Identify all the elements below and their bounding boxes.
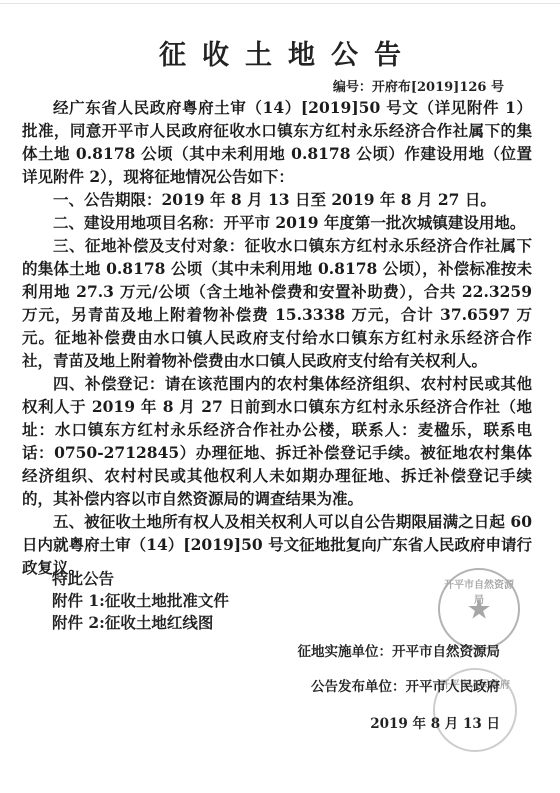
section-1-notice-period: 一、公告期限：2019 年 8 月 13 日至 2019 年 8 月 27 日。 — [22, 188, 532, 211]
section-3-compensation: 三、征地补偿及支付对象：征收水口镇东方红村永乐经济合作社属下的集体土地 0.81… — [22, 234, 532, 372]
document-body: 经广东省人民政府粤府土审（14）[2019]50 号文（详见附件 1）批准，同意… — [22, 96, 532, 579]
page-top-edge — [0, 3, 560, 4]
publish-date: 2019 年 8 月 13 日 — [370, 712, 500, 732]
section-2-project-name: 二、建设用地项目名称：开平市 2019 年度第一批次城镇建设用地。 — [22, 211, 532, 234]
document-title: 征收土地公告 — [0, 33, 560, 72]
attachments-block: 特此公告 附件 1:征收土地批准文件 附件 2:征收土地红线图 — [52, 568, 229, 634]
star-icon: ★ — [466, 593, 491, 626]
attachment-1: 附件 1:征收土地批准文件 — [52, 590, 229, 612]
intro-paragraph: 经广东省人民政府粤府土审（14）[2019]50 号文（详见附件 1）批准，同意… — [22, 96, 532, 188]
official-seal-natural-resources: 开平市自然资源局 ★ — [438, 568, 520, 650]
attachment-2: 附件 2:征收土地红线图 — [52, 612, 229, 634]
closing-line: 特此公告 — [52, 568, 229, 590]
implementing-unit: 征地实施单位：开平市自然资源局 — [298, 640, 501, 660]
section-4-registration: 四、补偿登记：请在该范围内的农村集体经济组织、农村村民或其他权利人于 2019 … — [22, 372, 532, 510]
publishing-unit: 公告发布单位：开平市人民政府 — [311, 675, 500, 695]
document-number: 编号：开府布[2019]126 号 — [333, 76, 504, 95]
